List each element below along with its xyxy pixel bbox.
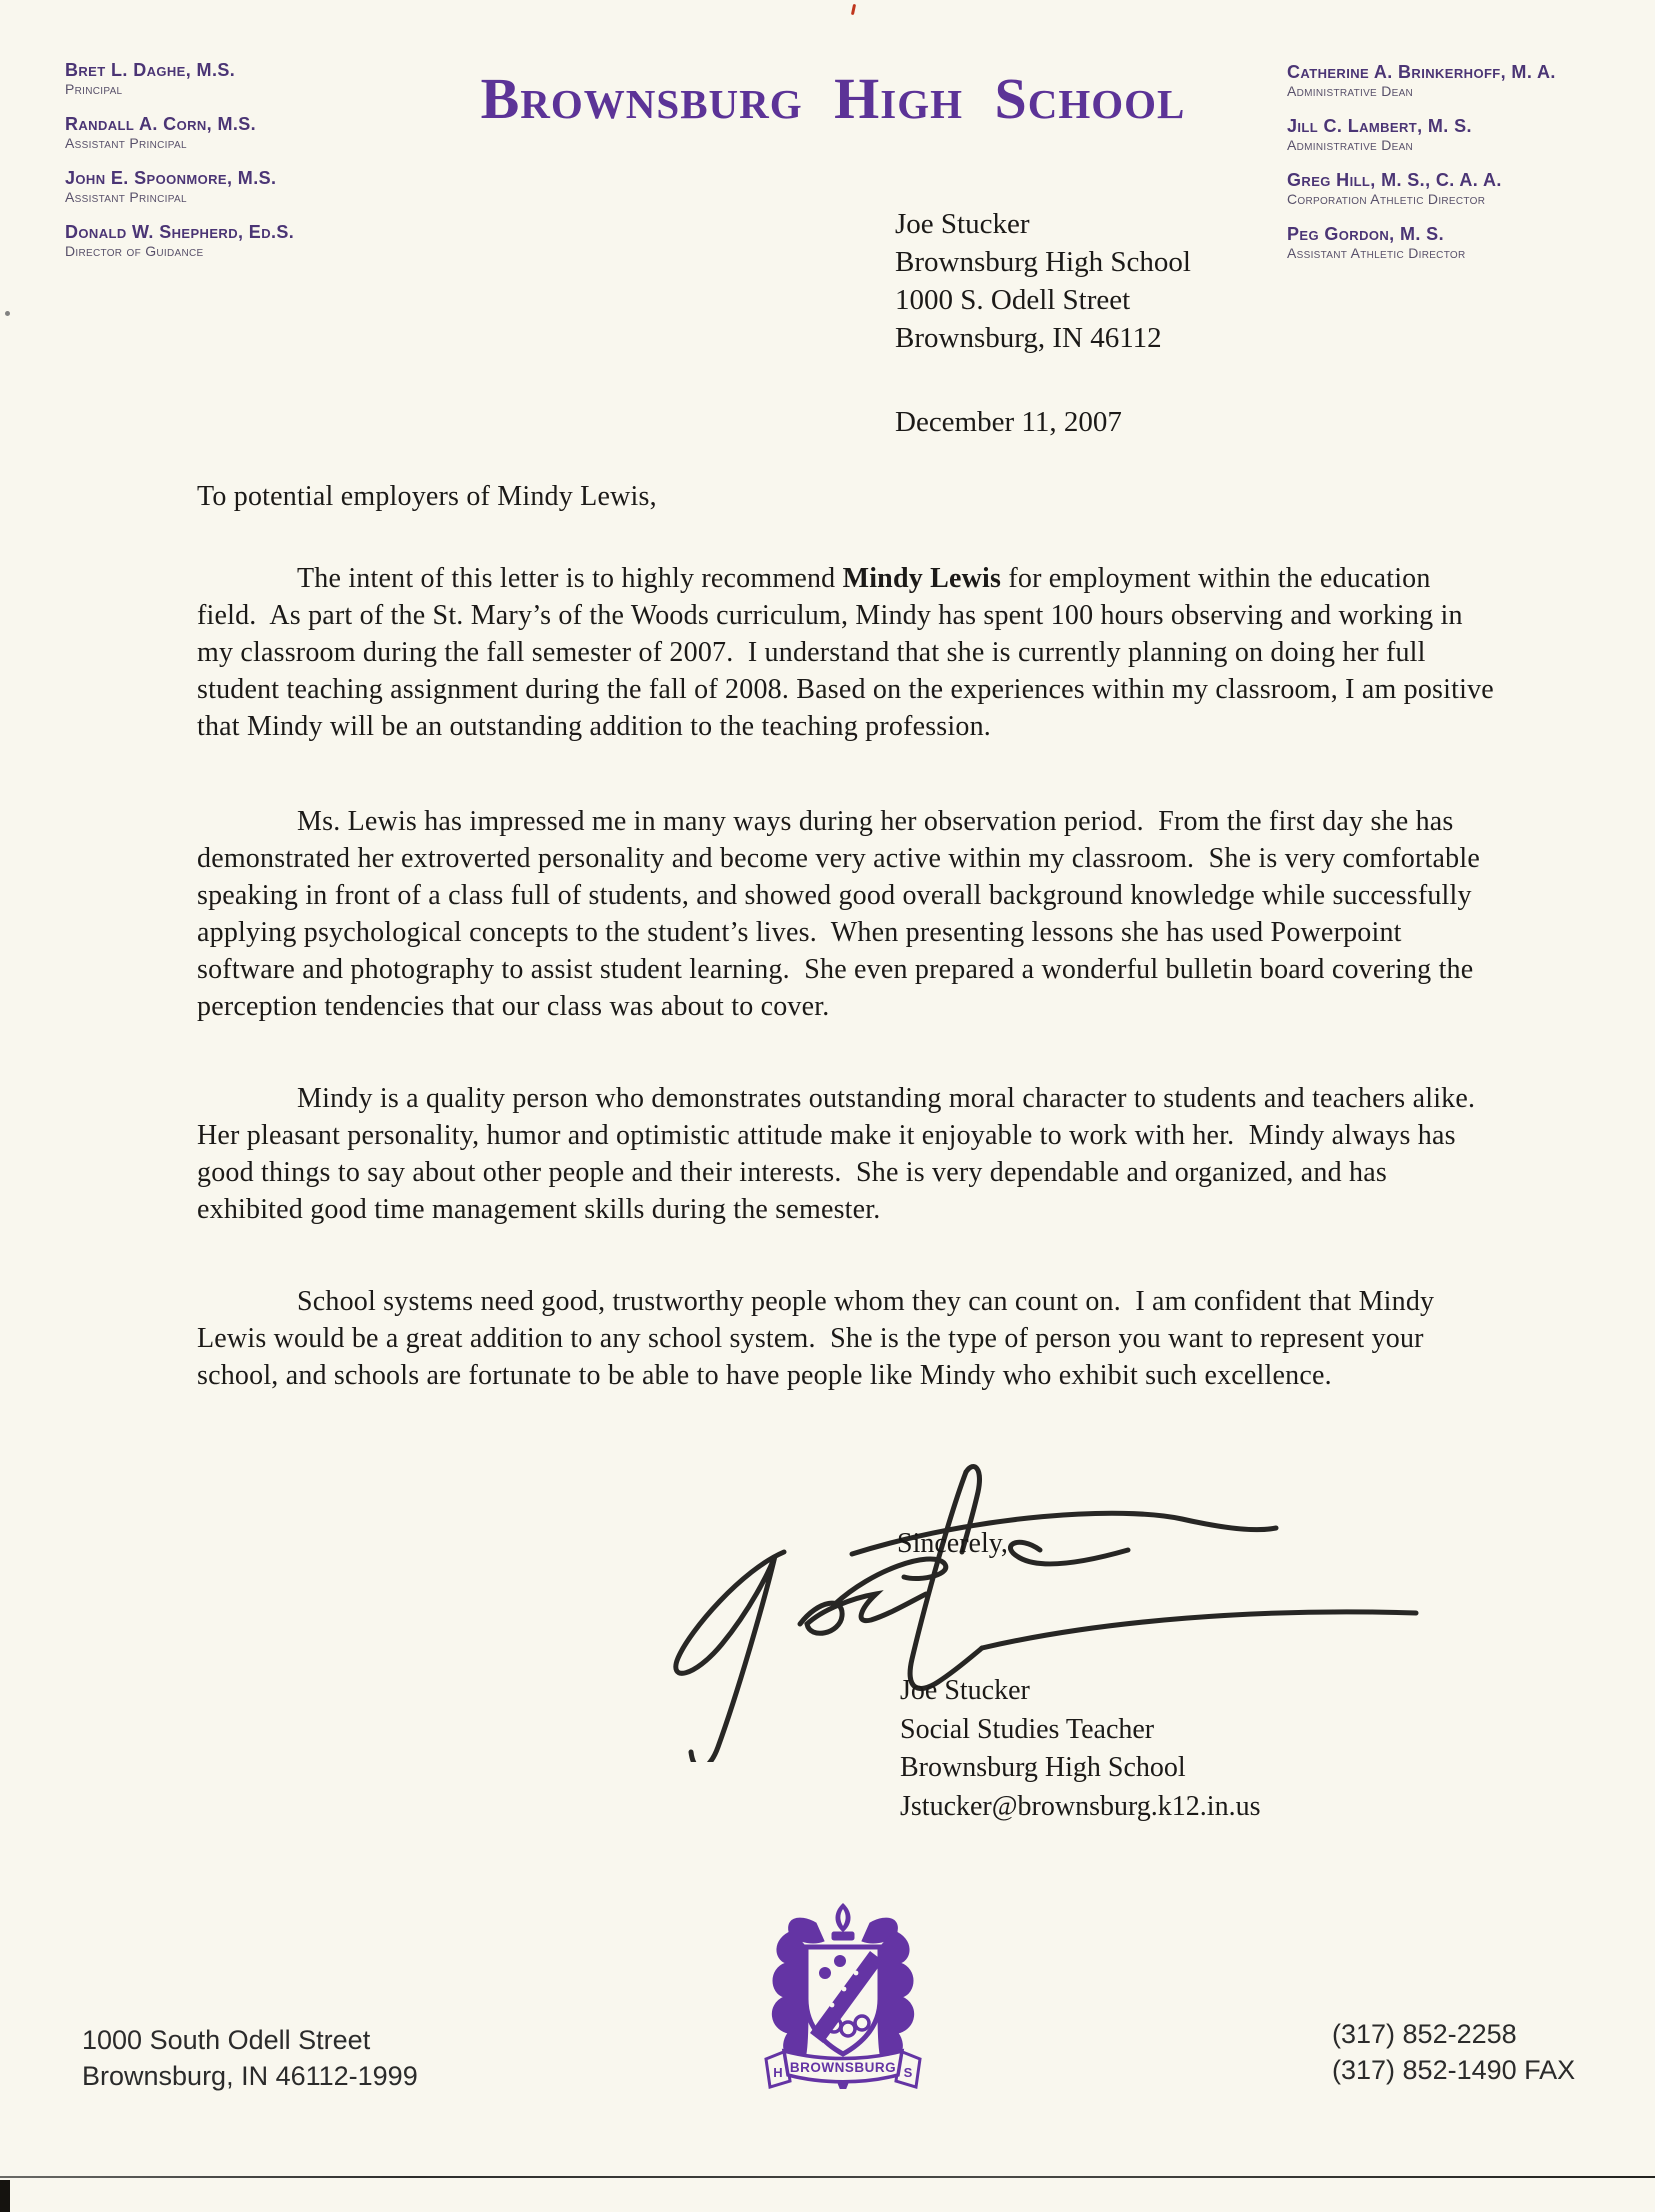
scan-corner-mark	[0, 2180, 10, 2212]
signature-block: Joe Stucker Social Studies Teacher Brown…	[900, 1672, 1260, 1826]
staff-name: Greg Hill, M. S., C. A. A.	[1287, 170, 1647, 191]
letter-date: December 11, 2007	[895, 406, 1122, 439]
letterhead-staff-left: Bret L. Daghe, M.S. Principal Randall A.…	[65, 60, 395, 276]
footer-phones: (317) 852-2258 (317) 852-1490 FAX	[1332, 2016, 1575, 2088]
salutation: To potential employers of Mindy Lewis,	[197, 478, 1495, 515]
paragraph-4: School systems need good, trustworthy pe…	[197, 1283, 1495, 1394]
school-crest: BROWNSBURG H S	[752, 1901, 934, 2089]
staff-role: Assistant Principal	[65, 189, 395, 206]
staff-entry: John E. Spoonmore, M.S. Assistant Princi…	[65, 168, 395, 206]
crest-letter-h: H	[773, 2065, 782, 2080]
footer-street: 1000 South Odell Street	[82, 2022, 418, 2058]
signer-name: Joe Stucker	[900, 1672, 1260, 1711]
recipient-street: 1000 S. Odell Street	[895, 281, 1191, 319]
signer-email: Jstucker@brownsburg.k12.in.us	[900, 1788, 1260, 1827]
school-title: Brownsburg High School	[408, 68, 1258, 130]
staff-entry: Greg Hill, M. S., C. A. A. Corporation A…	[1287, 170, 1647, 208]
staff-role: Assistant Athletic Director	[1287, 245, 1647, 262]
footer-city: Brownsburg, IN 46112-1999	[82, 2058, 418, 2094]
recipient-school: Brownsburg High School	[895, 243, 1191, 281]
paragraph-1: The intent of this letter is to highly r…	[197, 560, 1495, 745]
scan-artifact-red-mark	[851, 4, 856, 15]
footer-address: 1000 South Odell Street Brownsburg, IN 4…	[82, 2022, 418, 2094]
letter-body: To potential employers of Mindy Lewis, T…	[197, 478, 1495, 1394]
staff-name: Randall A. Corn, M.S.	[65, 114, 395, 135]
signer-school: Brownsburg High School	[900, 1749, 1260, 1788]
staff-role: Administrative Dean	[1287, 83, 1647, 100]
paragraph-3: Mindy is a quality person who demonstrat…	[197, 1080, 1495, 1228]
staff-role: Corporation Athletic Director	[1287, 191, 1647, 208]
recipient-address-block: Joe Stucker Brownsburg High School 1000 …	[895, 205, 1191, 357]
signer-title: Social Studies Teacher	[900, 1711, 1260, 1750]
paragraph-2: Ms. Lewis has impressed me in many ways …	[197, 803, 1495, 1025]
crest-letter-s: S	[904, 2065, 913, 2080]
staff-name: Bret L. Daghe, M.S.	[65, 60, 395, 81]
footer-fax: (317) 852-1490 FAX	[1332, 2052, 1575, 2088]
recipient-name: Joe Stucker	[895, 205, 1191, 243]
letterhead-staff-right: Catherine A. Brinkerhoff, M. A. Administ…	[1287, 62, 1647, 278]
highlighted-name: Mindy Lewis	[843, 563, 1002, 594]
staff-entry: Jill C. Lambert, M. S. Administrative De…	[1287, 116, 1647, 154]
scan-artifact-dot	[5, 311, 10, 316]
staff-name: Jill C. Lambert, M. S.	[1287, 116, 1647, 137]
staff-entry: Peg Gordon, M. S. Assistant Athletic Dir…	[1287, 224, 1647, 262]
staff-role: Director of Guidance	[65, 243, 395, 260]
staff-role: Assistant Principal	[65, 135, 395, 152]
staff-entry: Randall A. Corn, M.S. Assistant Principa…	[65, 114, 395, 152]
staff-entry: Donald W. Shepherd, Ed.S. Director of Gu…	[65, 222, 395, 260]
staff-name: Donald W. Shepherd, Ed.S.	[65, 222, 395, 243]
letter-page: Bret L. Daghe, M.S. Principal Randall A.…	[0, 0, 1655, 2212]
staff-entry: Bret L. Daghe, M.S. Principal	[65, 60, 395, 98]
recipient-city: Brownsburg, IN 46112	[895, 319, 1191, 357]
staff-name: Peg Gordon, M. S.	[1287, 224, 1647, 245]
staff-entry: Catherine A. Brinkerhoff, M. A. Administ…	[1287, 62, 1647, 100]
staff-role: Principal	[65, 81, 395, 98]
staff-role: Administrative Dean	[1287, 137, 1647, 154]
staff-name: Catherine A. Brinkerhoff, M. A.	[1287, 62, 1647, 83]
staff-name: John E. Spoonmore, M.S.	[65, 168, 395, 189]
paragraph-1-text: The intent of this letter is to highly r…	[297, 563, 843, 594]
footer-phone: (317) 852-2258	[1332, 2016, 1575, 2052]
scan-edge-line	[0, 2176, 1655, 2178]
crest-banner-text: BROWNSBURG	[790, 2060, 896, 2075]
